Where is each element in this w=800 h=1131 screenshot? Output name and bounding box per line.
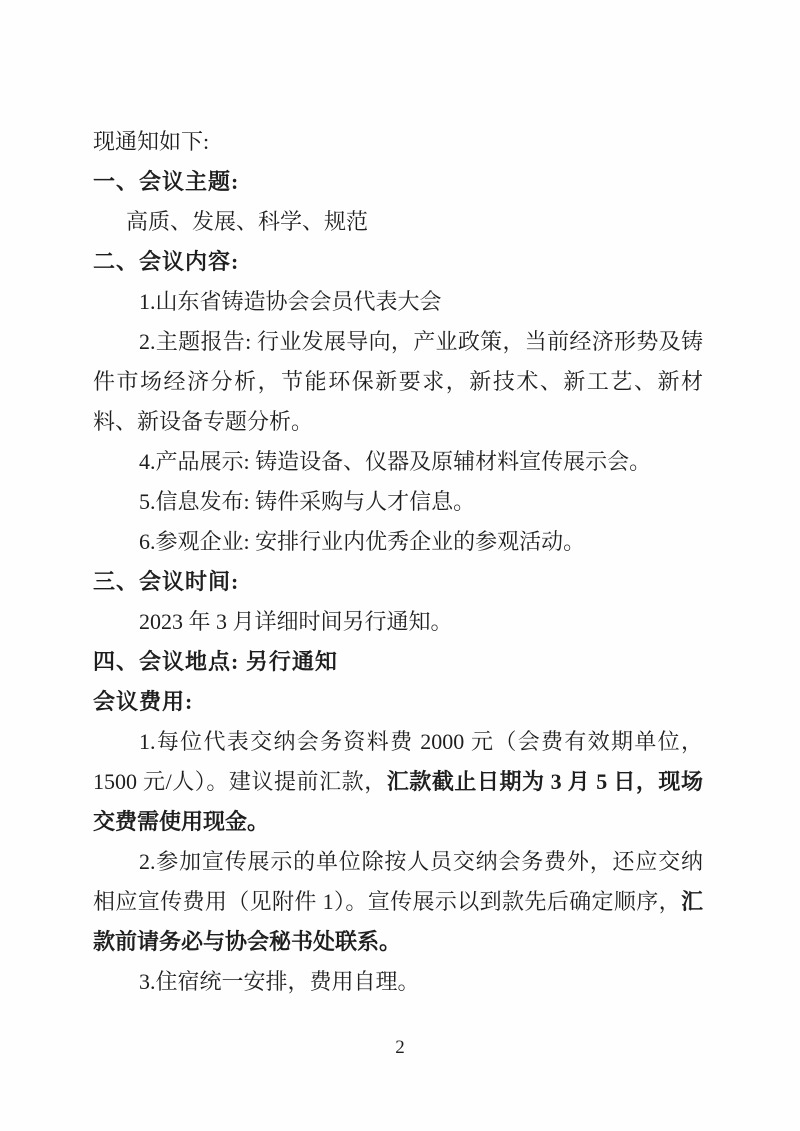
section2-item-4: 4.产品展示: 铸造设备、仪器及原辅材料宣传展示会。 xyxy=(93,442,703,482)
section2-heading: 二、会议内容: xyxy=(93,242,703,282)
section2-item-5: 5.信息发布: 铸件采购与人才信息。 xyxy=(93,482,703,522)
fees-item-2-text: 2.参加宣传展示的单位除按人员交纳会务费外，还应交纳相应宣传费用（见附件 1）。… xyxy=(93,849,703,914)
section3-body: 2023 年 3 月详细时间另行通知。 xyxy=(93,602,703,642)
intro-text: 现通知如下: xyxy=(93,122,703,162)
section2-item-1: 1.山东省铸造协会会员代表大会 xyxy=(93,282,703,322)
fees-item-1: 1.每位代表交纳会务资料费 2000 元（会费有效期单位，1500 元/人）。建… xyxy=(93,722,703,842)
document-content: 现通知如下: 一、会议主题: 高质、发展、科学、规范 二、会议内容: 1.山东省… xyxy=(93,122,703,1002)
section1-body: 高质、发展、科学、规范 xyxy=(93,202,703,242)
fees-item-3: 3.住宿统一安排，费用自理。 xyxy=(93,962,703,1002)
section1-heading: 一、会议主题: xyxy=(93,162,703,202)
section3-heading: 三、会议时间: xyxy=(93,562,703,602)
fees-item-2: 2.参加宣传展示的单位除按人员交纳会务费外，还应交纳相应宣传费用（见附件 1）。… xyxy=(93,842,703,962)
page-number: 2 xyxy=(0,1036,800,1060)
section4-heading: 四、会议地点: 另行通知 xyxy=(93,642,703,682)
section2-item-2: 2.主题报告: 行业发展导向，产业政策，当前经济形势及铸件市场经济分析，节能环保… xyxy=(93,322,703,442)
fees-heading: 会议费用: xyxy=(93,682,703,722)
document-page: 现通知如下: 一、会议主题: 高质、发展、科学、规范 二、会议内容: 1.山东省… xyxy=(0,0,800,1131)
section2-item-6: 6.参观企业: 安排行业内优秀企业的参观活动。 xyxy=(93,522,703,562)
